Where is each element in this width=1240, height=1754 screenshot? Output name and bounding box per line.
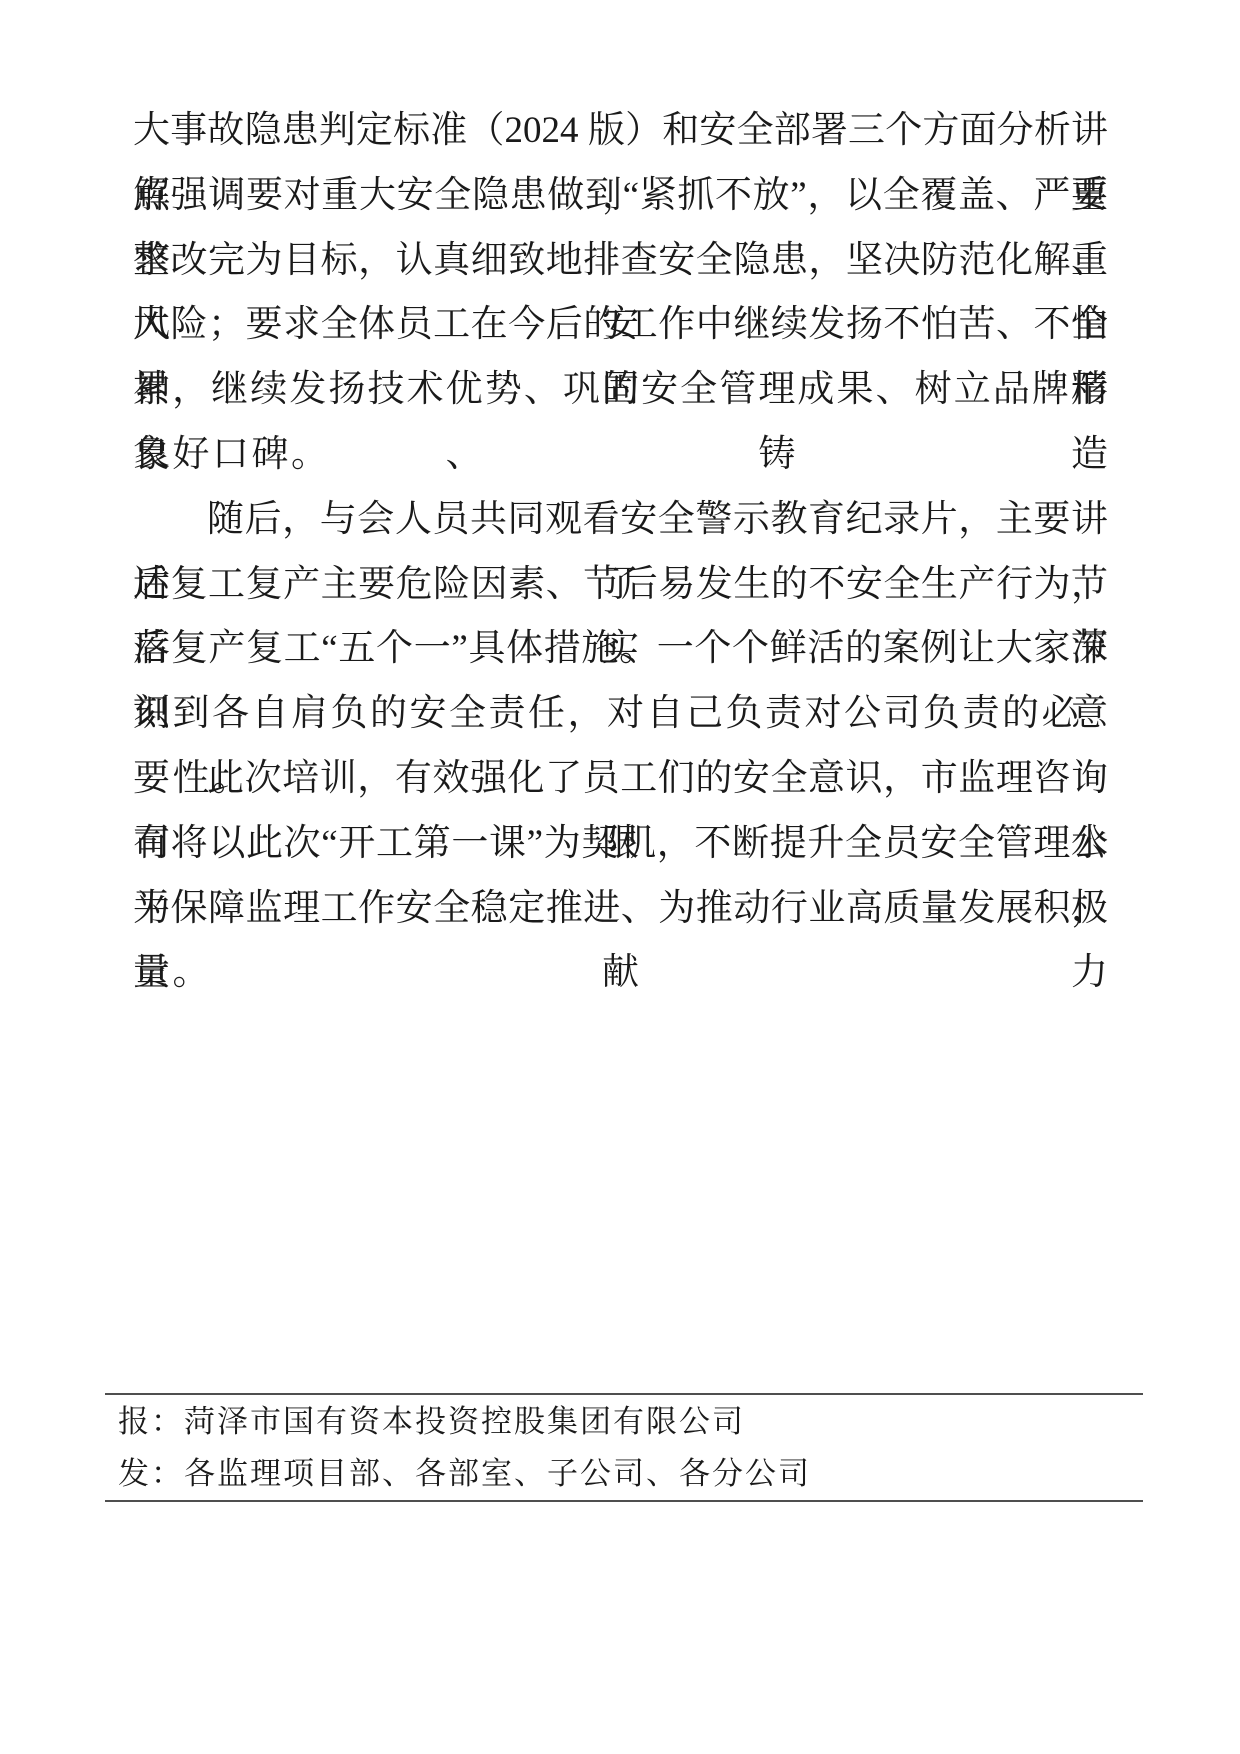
document-line: 为保障监理工作安全稳定推进、为推动行业高质量发展积极贡献力 — [133, 877, 1108, 942]
distribution-bottom-rule — [105, 1500, 1143, 1502]
distribution-block: 报：菏泽市国有资本投资控股集团有限公司 发：各监理项目部、各部室、子公司、各分公… — [105, 1393, 1143, 1502]
document-line: 司将以此次“开工第一课”为契机，不断提升全员安全管理水平， — [133, 812, 1108, 877]
document-line: 神，继续发扬技术优势、巩固安全管理成果、树立品牌形象、铸造 — [133, 358, 1108, 423]
document-line: 风险；要求全体员工在今后的工作中继续发扬不怕苦、不怕累的精 — [133, 293, 1108, 358]
document-line: 大事故隐患判定标准（2024 版）和安全部署三个方面分析讲解，重 — [133, 99, 1108, 164]
distribution-issue-line: 发：各监理项目部、各部室、子公司、各分公司 — [118, 1448, 1143, 1500]
document-line: 后复产复工“五个一”具体措施。一个个鲜活的案例让大家深刻意 — [133, 617, 1108, 682]
document-line: 此次培训，有效强化了员工们的安全意识，市监理咨询有限公 — [133, 747, 1108, 812]
distribution-report-line: 报：菏泽市国有资本投资控股集团有限公司 — [118, 1396, 1143, 1448]
document-line: 点强调要对重大安全隐患做到“紧抓不放”，以全覆盖、严要求、 — [133, 164, 1108, 229]
document-page: 大事故隐患判定标准（2024 版）和安全部署三个方面分析讲解，重点强调要对重大安… — [0, 0, 1240, 1754]
document-line: 随后，与会人员共同观看安全警示教育纪录片，主要讲述了节 — [133, 488, 1108, 553]
document-body: 大事故隐患判定标准（2024 版）和安全部署三个方面分析讲解，重点强调要对重大安… — [133, 99, 1108, 1006]
distribution-lines: 报：菏泽市国有资本投资控股集团有限公司 发：各监理项目部、各部室、子公司、各分公… — [105, 1395, 1143, 1500]
document-line: 识到各自肩负的安全责任，对自己负责对公司负责的必要性。 — [133, 682, 1108, 747]
document-line: 整改完为目标，认真细致地排查安全隐患，坚决防范化解重大安全 — [133, 229, 1108, 294]
document-line: 后复工复产主要危险因素、节后易发生的不安全生产行为，落实节 — [133, 553, 1108, 618]
